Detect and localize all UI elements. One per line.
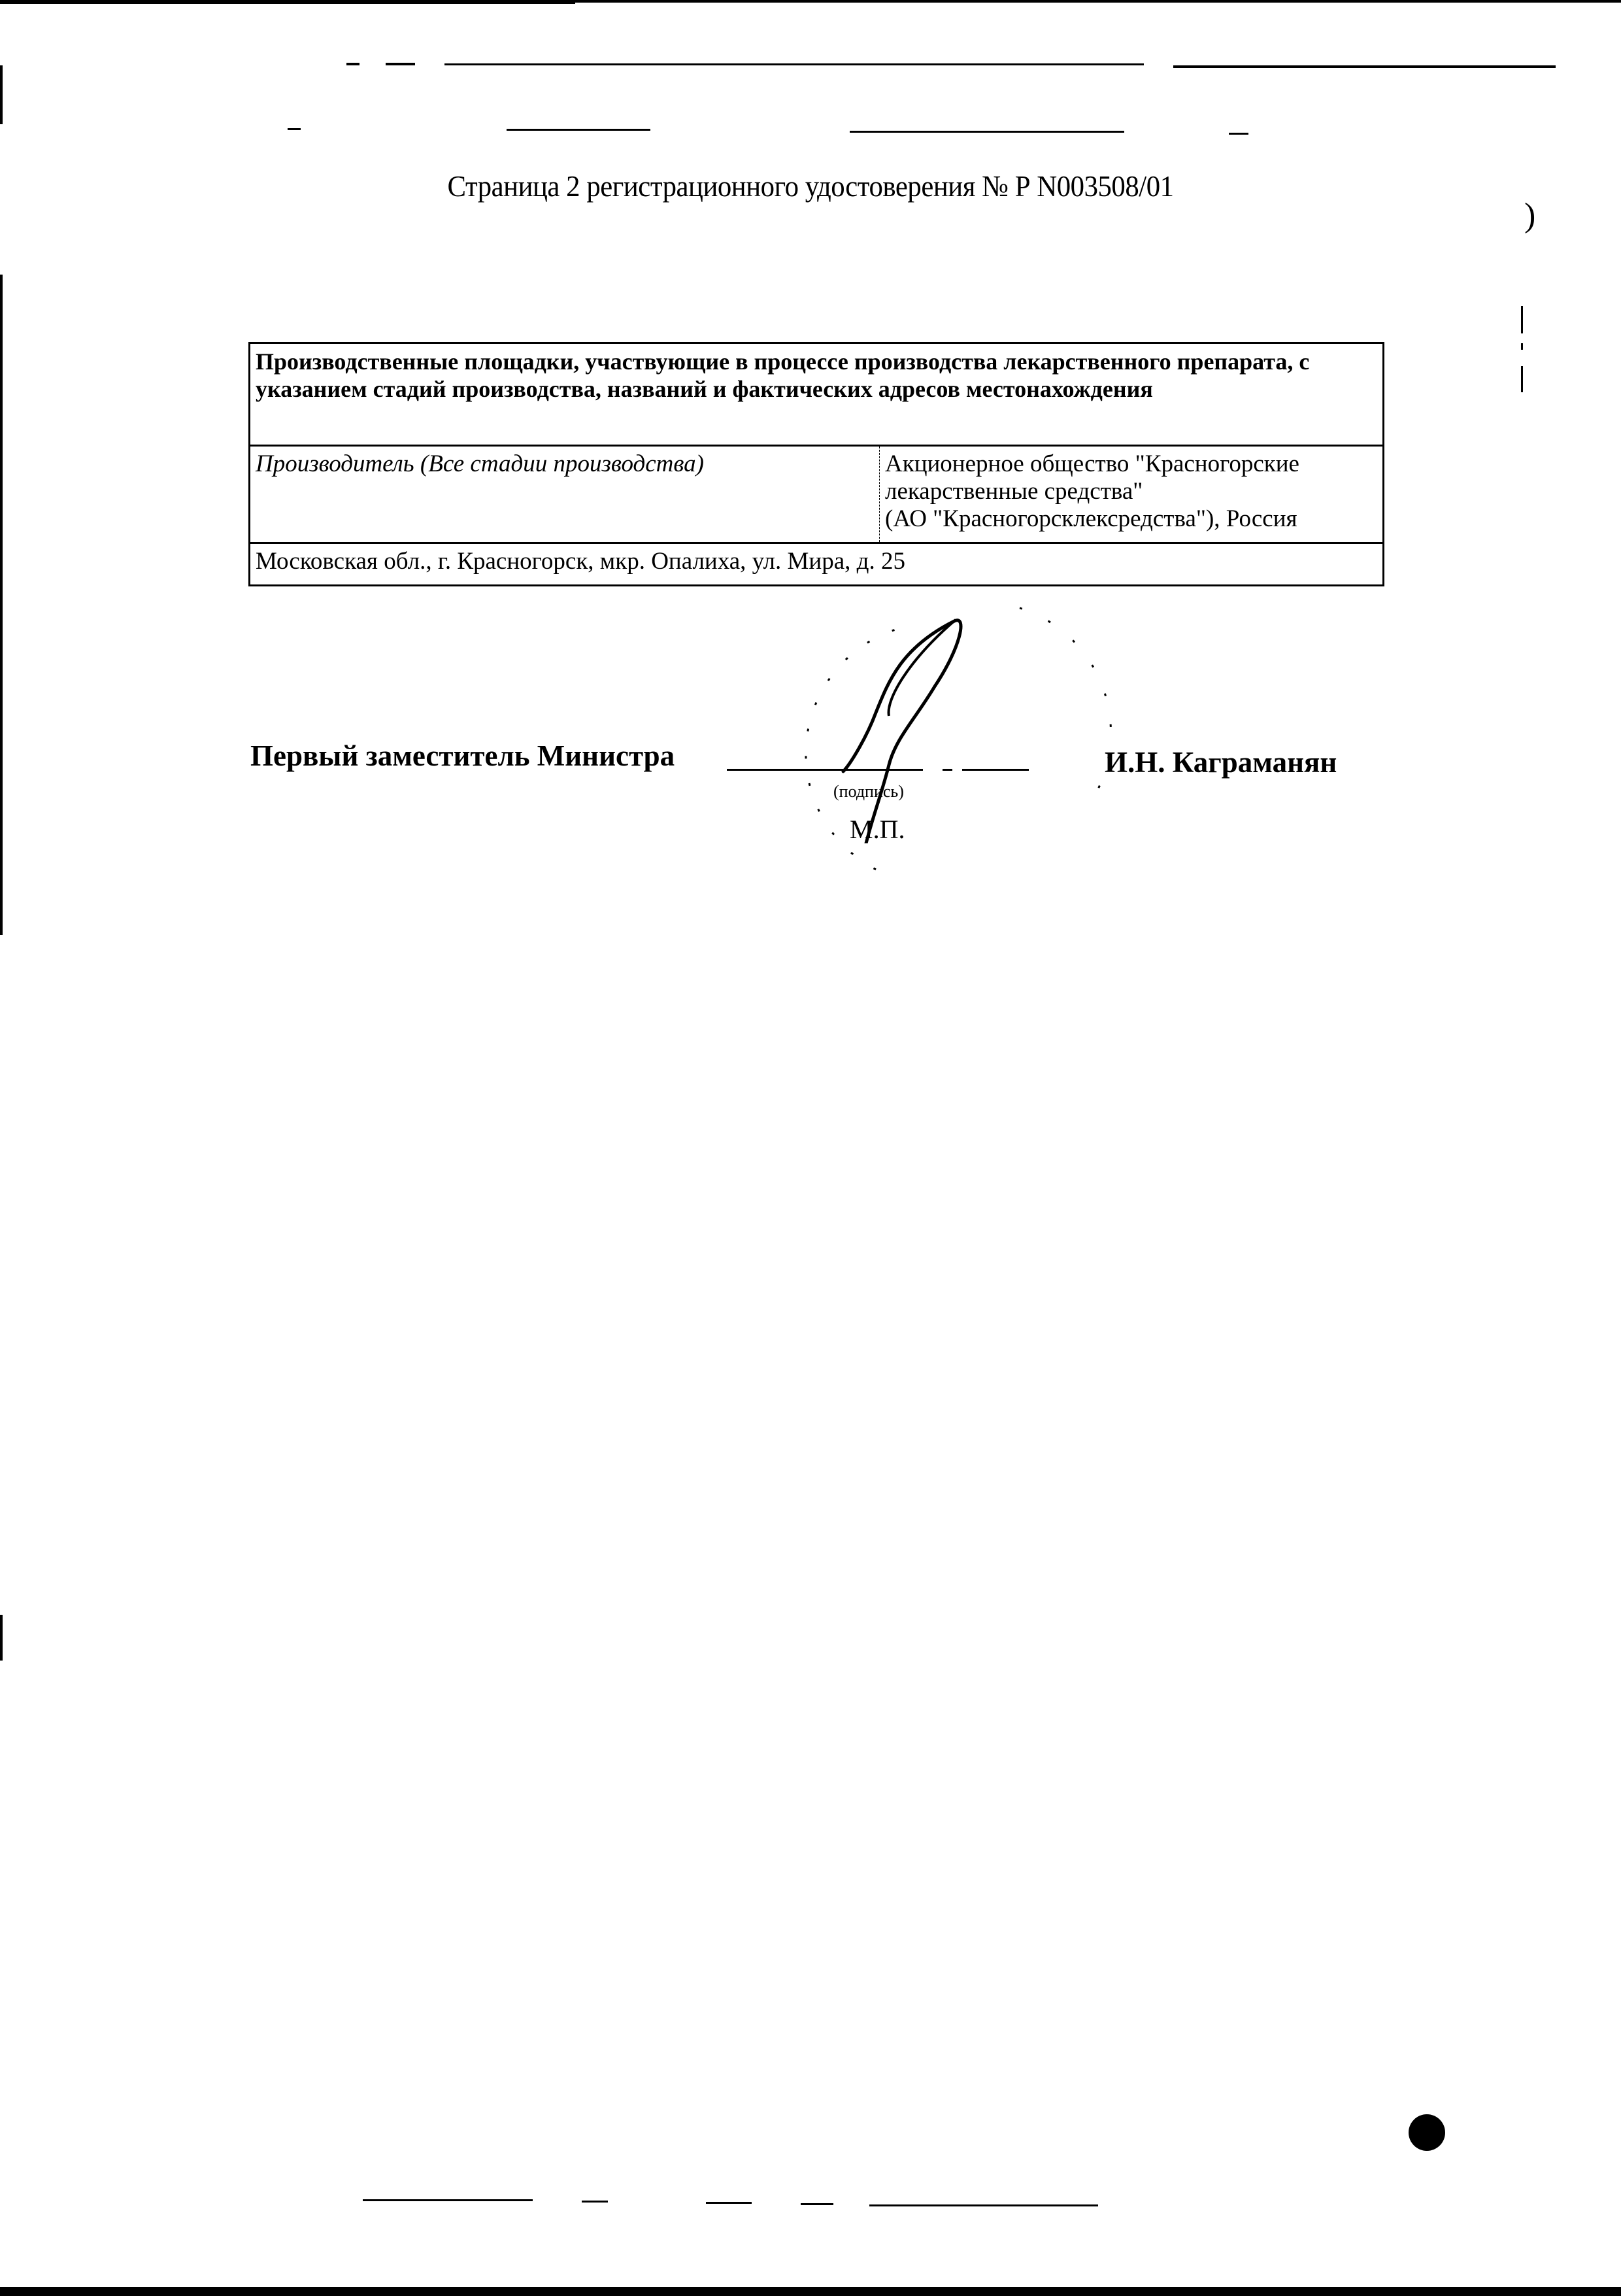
manufacturing-sites-table: Производственные площадки, участвующие в… [248, 342, 1384, 586]
table-row: Московская обл., г. Красногорск, мкр. Оп… [250, 543, 1384, 586]
scan-mark [1521, 366, 1523, 392]
signature-icon [804, 608, 974, 843]
signatory-title: Первый заместитель Министра [250, 739, 675, 773]
site-address-cell: Московская обл., г. Красногорск, мкр. Оп… [250, 543, 1384, 586]
scan-edge-top [0, 0, 575, 4]
scan-line [801, 2203, 833, 2205]
scan-line [507, 129, 650, 131]
manufacturer-role-cell: Производитель (Все стадии производства) [250, 446, 880, 543]
scan-line [386, 63, 415, 65]
scan-line [869, 2204, 1098, 2206]
scan-line [1229, 133, 1248, 135]
scan-line [706, 2202, 752, 2204]
scan-mark [1521, 306, 1523, 333]
table-row: Производитель (Все стадии производства) … [250, 446, 1384, 543]
company-line: (АО "Красногорсклексредства"), Россия [885, 505, 1379, 533]
scan-edge-left [0, 65, 3, 124]
scan-edge-top [575, 0, 1621, 3]
scan-edge-left [0, 1615, 3, 1661]
signature-caption: (подпись) [833, 782, 904, 802]
scan-line [288, 128, 301, 130]
scan-mark [1521, 343, 1523, 350]
scan-line [850, 131, 1124, 133]
signature-line [727, 769, 1029, 771]
table-header-row: Производственные площадки, участвующие в… [250, 343, 1384, 446]
scan-line [444, 63, 1144, 65]
scan-dot [1409, 2114, 1445, 2151]
table-header-cell: Производственные площадки, участвующие в… [250, 343, 1384, 446]
company-line: Акционерное общество "Красногорские [885, 450, 1379, 478]
page-header: Страница 2 регистрационного удостоверени… [57, 169, 1564, 203]
scan-edge-left [0, 275, 3, 935]
scan-edge-bottom [0, 2287, 1621, 2296]
scan-line [582, 2201, 608, 2203]
manufacturer-company-cell: Акционерное общество "Красногорские лека… [880, 446, 1384, 543]
scan-line [363, 2199, 533, 2201]
stamp-label: М.П. [850, 814, 905, 845]
scan-line [1173, 65, 1556, 68]
company-line: лекарственные средства" [885, 478, 1379, 505]
scan-line [346, 63, 359, 65]
signatory-name: И.Н. Каграманян [1105, 745, 1337, 779]
